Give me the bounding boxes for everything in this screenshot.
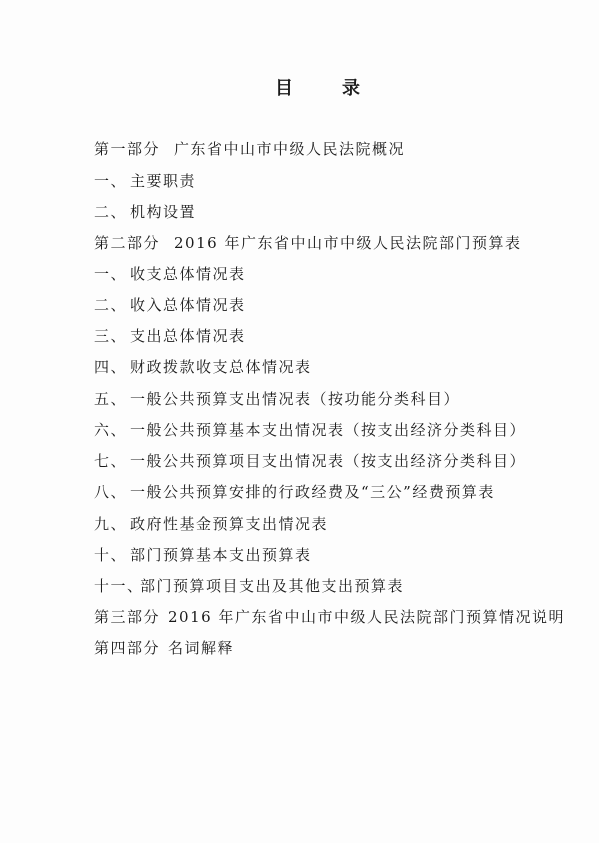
toc-item: 六、一般公共预算基本支出情况表（按支出经济分类科目） xyxy=(94,420,526,440)
toc-part-3: 第三部分2016 年广东省中山市中级人民法院部门预算情况说明 xyxy=(94,607,565,627)
toc-text: 一般公共预算基本支出情况表（按支出经济分类科目） xyxy=(130,420,526,440)
toc-number: 一、 xyxy=(94,264,130,284)
toc-number: 第一部分 xyxy=(94,139,174,159)
toc-text: 收支总体情况表 xyxy=(130,264,246,284)
toc-item: 十一、部门预算项目支出及其他支出预算表 xyxy=(94,576,404,596)
toc-number: 九、 xyxy=(94,514,130,534)
toc-item: 二、机构设置 xyxy=(94,202,196,222)
title-char-2: 录 xyxy=(342,74,360,100)
toc-text: 部门预算基本支出预算表 xyxy=(130,545,312,565)
toc-item: 九、政府性基金预算支出情况表 xyxy=(94,514,328,534)
title-char-1: 目 xyxy=(275,74,293,100)
toc-text: 一般公共预算安排的行政经费及“三公”经费预算表 xyxy=(130,482,495,502)
toc-text: 2016 年广东省中山市中级人民法院部门预算情况说明 xyxy=(168,607,565,627)
toc-text: 机构设置 xyxy=(130,202,196,222)
toc-number: 六、 xyxy=(94,420,130,440)
toc-part-1: 第一部分广东省中山市中级人民法院概况 xyxy=(94,139,405,159)
toc-number: 三、 xyxy=(94,326,130,346)
toc-item: 八、一般公共预算安排的行政经费及“三公”经费预算表 xyxy=(94,482,495,502)
toc-number: 第三部分 xyxy=(94,607,168,627)
toc-number: 八、 xyxy=(94,482,130,502)
toc-text: 部门预算项目支出及其他支出预算表 xyxy=(140,576,404,596)
toc-text: 政府性基金预算支出情况表 xyxy=(130,514,328,534)
toc-item: 一、收支总体情况表 xyxy=(94,264,246,284)
toc-text: 财政拨款收支总体情况表 xyxy=(130,357,312,377)
toc-number: 七、 xyxy=(94,451,130,471)
toc-number: 四、 xyxy=(94,357,130,377)
toc-part-2: 第二部分2016 年广东省中山市中级人民法院部门预算表 xyxy=(94,233,521,253)
toc-item: 十、部门预算基本支出预算表 xyxy=(94,545,312,565)
toc-number: 十、 xyxy=(94,545,130,565)
toc-text: 广东省中山市中级人民法院概况 xyxy=(174,139,405,159)
toc-item: 三、支出总体情况表 xyxy=(94,326,246,346)
toc-number: 第四部分 xyxy=(94,638,168,658)
toc-item: 一、主要职责 xyxy=(94,171,196,191)
toc-item: 七、一般公共预算项目支出情况表（按支出经济分类科目） xyxy=(94,451,526,471)
toc-part-4: 第四部分名词解释 xyxy=(94,638,234,658)
toc-text: 支出总体情况表 xyxy=(130,326,246,346)
toc-item: 二、收入总体情况表 xyxy=(94,295,246,315)
toc-number: 第二部分 xyxy=(94,233,174,253)
toc-number: 一、 xyxy=(94,171,130,191)
toc-text: 一般公共预算支出情况表（按功能分类科目） xyxy=(130,389,460,409)
toc-number: 二、 xyxy=(94,295,130,315)
toc-text: 2016 年广东省中山市中级人民法院部门预算表 xyxy=(174,233,521,253)
toc-number: 五、 xyxy=(94,389,130,409)
toc-number: 十一、 xyxy=(94,576,140,596)
toc-number: 二、 xyxy=(94,202,130,222)
toc-text: 主要职责 xyxy=(130,171,196,191)
toc-text: 一般公共预算项目支出情况表（按支出经济分类科目） xyxy=(130,451,526,471)
toc-item: 四、财政拨款收支总体情况表 xyxy=(94,357,312,377)
toc-text: 名词解释 xyxy=(168,638,234,658)
toc-item: 五、一般公共预算支出情况表（按功能分类科目） xyxy=(94,389,460,409)
toc-text: 收入总体情况表 xyxy=(130,295,246,315)
